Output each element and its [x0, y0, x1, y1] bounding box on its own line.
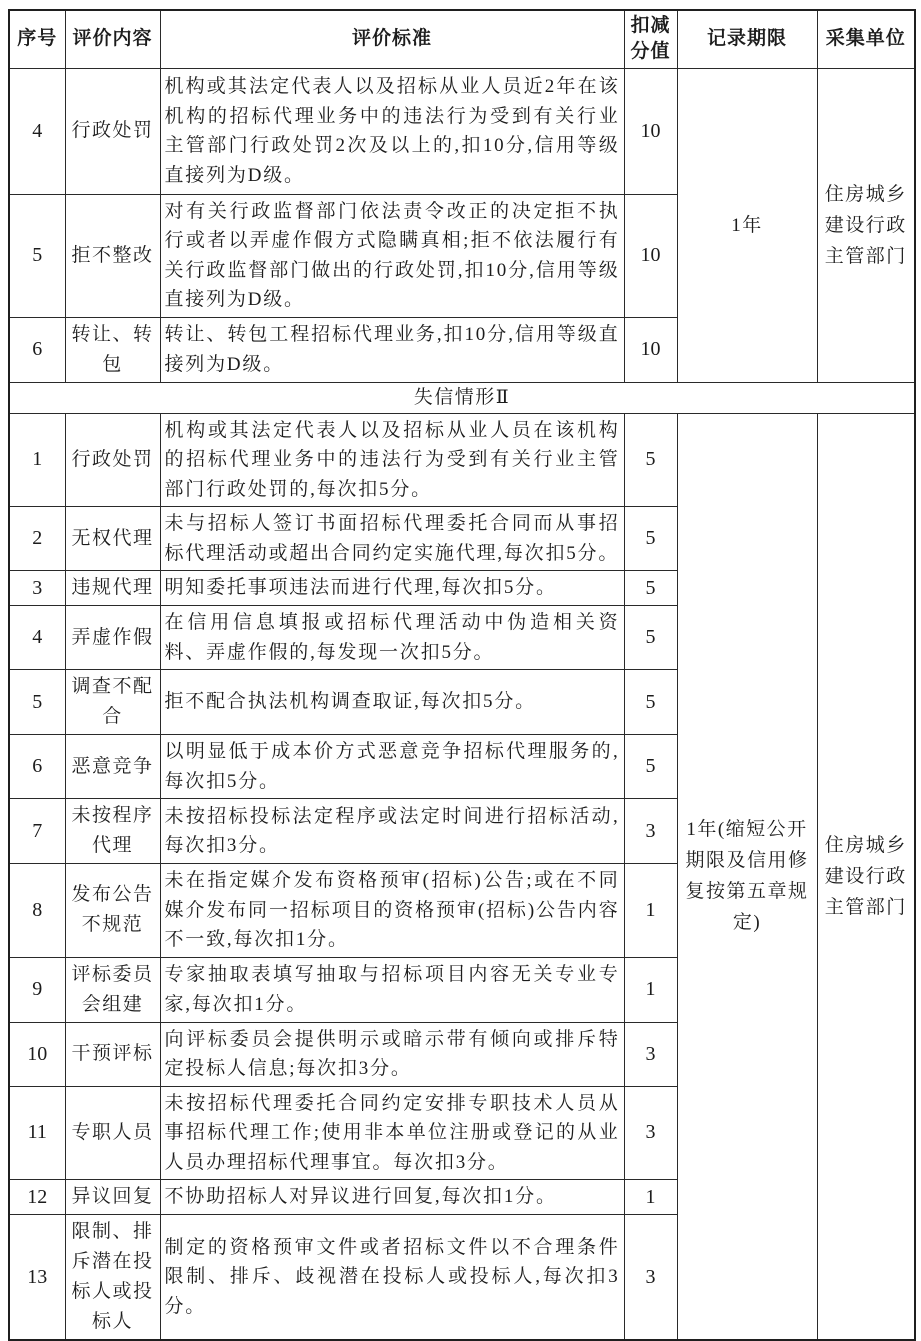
row-number-cell: 9 [9, 957, 65, 1022]
standard-cell: 明知委托事项违法而进行代理,每次扣5分。 [160, 571, 624, 606]
content-cell: 恶意竞争 [65, 735, 160, 799]
table-row: 4 行政处罚 机构或其法定代表人以及招标从业人员近2年在该机构的招标代理业务中的… [9, 68, 915, 194]
content-cell: 拒不整改 [65, 194, 160, 317]
score-cell: 5 [624, 571, 677, 606]
standard-cell: 未与招标人签订书面招标代理委托合同而从事招标代理活动或超出合同约定实施代理,每次… [160, 507, 624, 571]
standard-cell: 以明显低于成本价方式恶意竞争招标代理服务的,每次扣5分。 [160, 735, 624, 799]
header-standard: 评价标准 [160, 10, 624, 68]
score-cell: 3 [624, 1215, 677, 1312]
score-cell: 1 [624, 957, 677, 1022]
content-cell: 无权代理 [65, 507, 160, 571]
row-number-cell: 1 [9, 413, 65, 507]
row-number-cell: 5 [9, 194, 65, 317]
standard-cell: 未按招标代理委托合同约定安排专职技术人员从事招标代理工作;使用非本单位注册或登记… [160, 1086, 624, 1180]
credit-evaluation-table: 序号 评价内容 评价标准 扣减分值 记录期限 采集单位 4 行政处罚 机构或其法… [8, 9, 916, 1311]
standard-cell: 转让、转包工程招标代理业务,扣10分,信用等级直接列为D级。 [160, 317, 624, 382]
header-score: 扣减分值 [624, 10, 677, 68]
document-page: 序号 评价内容 评价标准 扣减分值 记录期限 采集单位 4 行政处罚 机构或其法… [8, 9, 915, 1311]
standard-cell: 制定的资格预审文件或者招标文件以不合理条件限制、排斥、歧视潜在投标人或投标人,每… [160, 1215, 624, 1312]
standard-cell: 向评标委员会提供明示或暗示带有倾向或排斥特定投标人信息;每次扣3分。 [160, 1022, 624, 1086]
content-cell: 转让、转包 [65, 317, 160, 382]
score-cell: 3 [624, 1022, 677, 1086]
collect-unit-cell: 住房城乡建设行政主管部门 [817, 413, 915, 1311]
record-period-cell: 1年 [677, 68, 817, 382]
content-cell: 弄虚作假 [65, 606, 160, 670]
score-cell: 3 [624, 1086, 677, 1180]
section-title-row: 失信情形Ⅱ [9, 382, 915, 413]
content-cell: 专职人员 [65, 1086, 160, 1180]
header-unit: 采集单位 [817, 10, 915, 68]
section-title: 失信情形Ⅱ [9, 382, 915, 413]
row-number-cell: 12 [9, 1180, 65, 1215]
table-row: 1 行政处罚 机构或其法定代表人以及招标从业人员在该机构的招标代理业务中的违法行… [9, 413, 915, 507]
score-cell: 1 [624, 864, 677, 958]
content-cell: 评标委员会组建 [65, 957, 160, 1022]
row-number-cell: 4 [9, 606, 65, 670]
standard-cell: 专家抽取表填写抽取与招标项目内容无关专业专家,每次扣1分。 [160, 957, 624, 1022]
standard-cell: 拒不配合执法机构调查取证,每次扣5分。 [160, 670, 624, 735]
row-number-cell: 5 [9, 670, 65, 735]
content-cell: 异议回复 [65, 1180, 160, 1215]
row-number-cell: 6 [9, 317, 65, 382]
collect-unit-cell: 住房城乡建设行政主管部门 [817, 68, 915, 382]
score-cell: 5 [624, 507, 677, 571]
standard-cell: 对有关行政监督部门依法责令改正的决定拒不执行或者以弄虚作假方式隐瞒真相;拒不依法… [160, 194, 624, 317]
content-cell: 限制、排斥潜在投标人或投标人 [65, 1215, 160, 1312]
row-number-cell: 2 [9, 507, 65, 571]
header-content: 评价内容 [65, 10, 160, 68]
content-cell: 调查不配合 [65, 670, 160, 735]
score-cell: 1 [624, 1180, 677, 1215]
score-cell: 5 [624, 670, 677, 735]
header-period: 记录期限 [677, 10, 817, 68]
content-cell: 违规代理 [65, 571, 160, 606]
score-cell: 5 [624, 413, 677, 507]
standard-cell: 未在指定媒介发布资格预审(招标)公告;或在不同媒介发布同一招标项目的资格预审(招… [160, 864, 624, 958]
record-period-cell: 1年(缩短公开期限及信用修复按第五章规定) [677, 413, 817, 1311]
score-cell: 10 [624, 317, 677, 382]
content-cell: 行政处罚 [65, 413, 160, 507]
row-number-cell: 7 [9, 799, 65, 864]
row-number-cell: 3 [9, 571, 65, 606]
row-number-cell: 6 [9, 735, 65, 799]
score-cell: 10 [624, 194, 677, 317]
standard-cell: 在信用信息填报或招标代理活动中伪造相关资料、弄虚作假的,每发现一次扣5分。 [160, 606, 624, 670]
score-cell: 5 [624, 606, 677, 670]
standard-cell: 机构或其法定代表人以及招标从业人员近2年在该机构的招标代理业务中的违法行为受到有… [160, 68, 624, 194]
standard-cell: 机构或其法定代表人以及招标从业人员在该机构的招标代理业务中的违法行为受到有关行业… [160, 413, 624, 507]
row-number-cell: 11 [9, 1086, 65, 1180]
row-number-cell: 13 [9, 1215, 65, 1312]
score-cell: 3 [624, 799, 677, 864]
content-cell: 干预评标 [65, 1022, 160, 1086]
table-header-row: 序号 评价内容 评价标准 扣减分值 记录期限 采集单位 [9, 10, 915, 68]
standard-cell: 不协助招标人对异议进行回复,每次扣1分。 [160, 1180, 624, 1215]
content-cell: 行政处罚 [65, 68, 160, 194]
score-cell: 5 [624, 735, 677, 799]
row-number-cell: 4 [9, 68, 65, 194]
content-cell: 发布公告不规范 [65, 864, 160, 958]
header-serial: 序号 [9, 10, 65, 68]
standard-cell: 未按招标投标法定程序或法定时间进行招标活动,每次扣3分。 [160, 799, 624, 864]
row-number-cell: 8 [9, 864, 65, 958]
row-number-cell: 10 [9, 1022, 65, 1086]
content-cell: 未按程序代理 [65, 799, 160, 864]
score-cell: 10 [624, 68, 677, 194]
